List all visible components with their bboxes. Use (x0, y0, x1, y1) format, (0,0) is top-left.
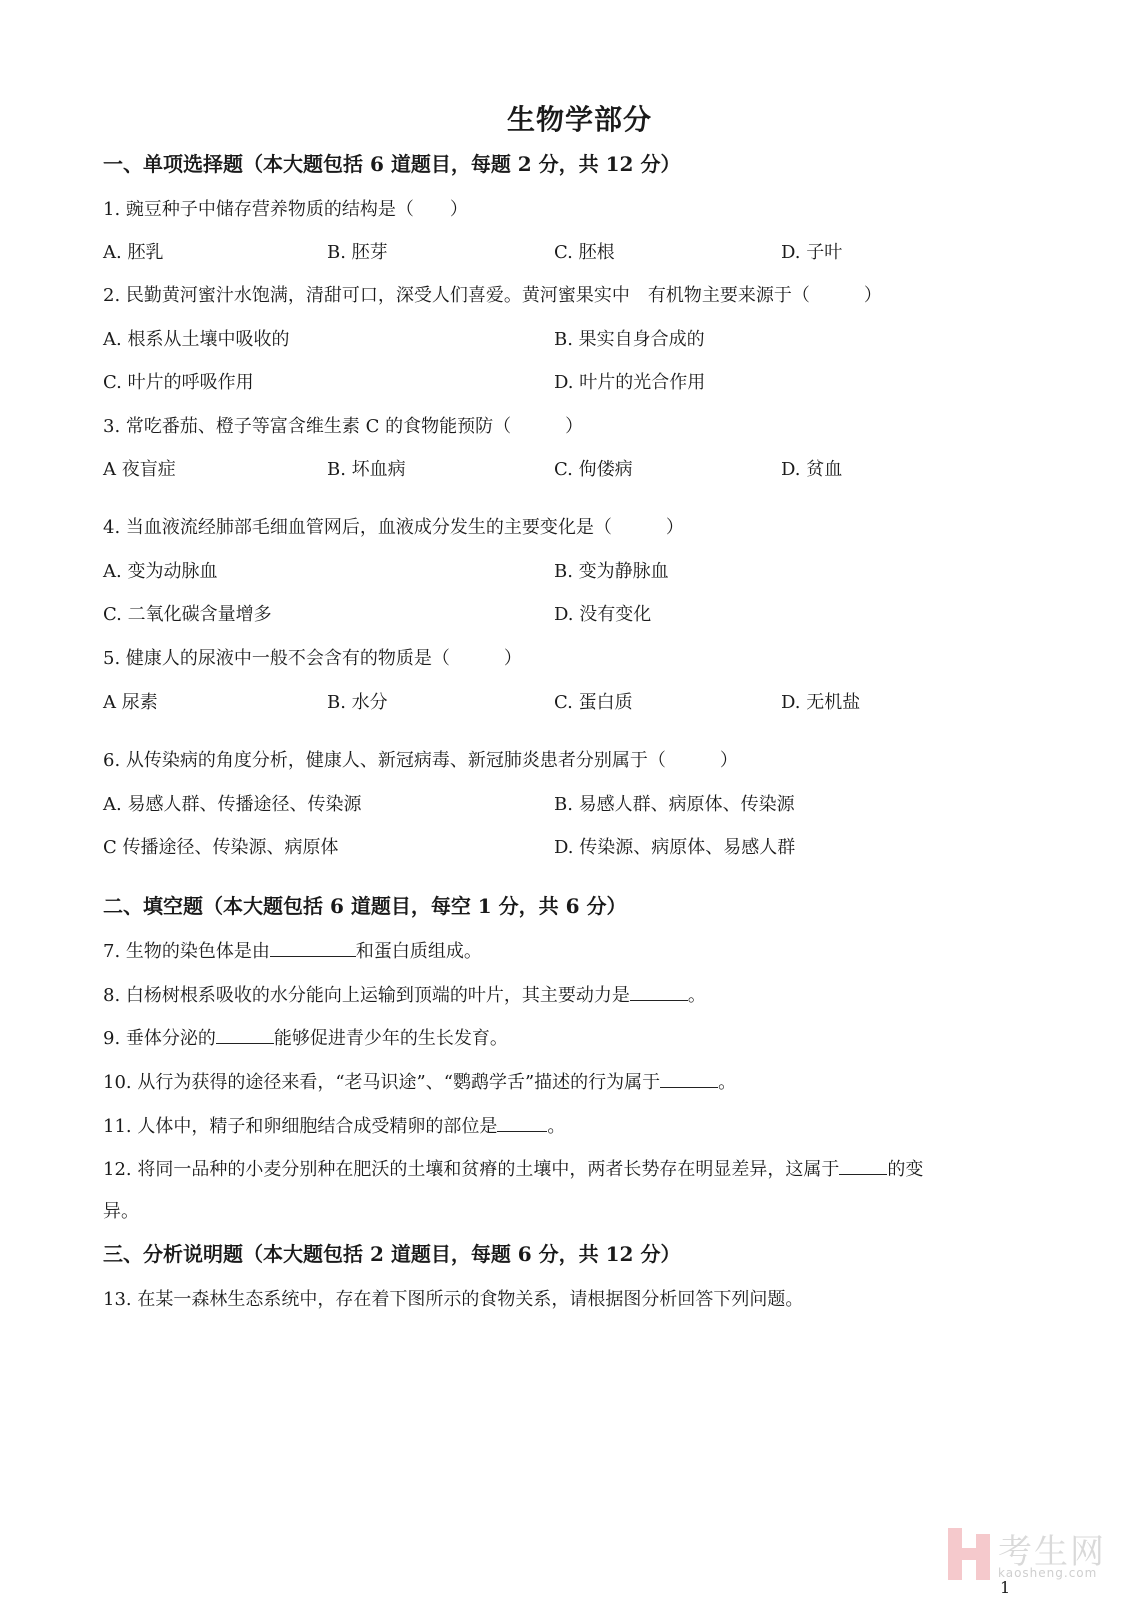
q3-option-d: D. 贫血 (781, 458, 842, 482)
section-heading-2: 二、填空题（本大题包括 6 道题目，每空 1 分，共 6 分） (103, 894, 627, 918)
q4-option-b: B. 变为静脉血 (554, 560, 669, 584)
section-heading-1: 一、单项选择题（本大题包括 6 道题目，每题 2 分，共 12 分） (103, 152, 680, 176)
q5-option-c: C. 蛋白质 (554, 691, 633, 715)
kaosheng-logo-icon (948, 1528, 992, 1580)
question-5-stem: 5. 健康人的尿液中一般不会含有的物质是（ ） (103, 647, 522, 671)
q6-option-b: B. 易感人群、病原体、传染源 (554, 793, 795, 817)
q9-text-after: 能够促进青少年的生长发育。 (274, 1028, 508, 1049)
q2-option-c: C. 叶片的呼吸作用 (103, 371, 254, 395)
q2-option-d: D. 叶片的光合作用 (554, 371, 705, 395)
q3-option-a: A 夜盲症 (103, 458, 176, 482)
q2-option-b: B. 果实自身合成的 (554, 328, 705, 352)
q12-text-after: 的变 (887, 1159, 923, 1180)
q2-option-a: A. 根系从土壤中吸收的 (103, 328, 289, 352)
exam-page: 生物学部分 一、单项选择题（本大题包括 6 道题目，每题 2 分，共 12 分）… (0, 0, 1131, 1600)
q8-answer-blank[interactable] (630, 982, 688, 1001)
fill-question-9: 9. 垂体分泌的能够促进青少年的生长发育。 (103, 1025, 508, 1051)
q12-text-before: 12. 将同一品种的小麦分别种在肥沃的土壤和贫瘠的土壤中，两者长势存在明显差异，… (103, 1159, 839, 1180)
fill-question-7: 7. 生物的染色体是由和蛋白质组成。 (103, 938, 482, 964)
question-6-stem: 6. 从传染病的角度分析，健康人、新冠病毒、新冠肺炎患者分别属于（ ） (103, 749, 738, 773)
q1-option-a: A. 胚乳 (103, 241, 163, 265)
fill-question-12: 12. 将同一品种的小麦分别种在肥沃的土壤和贫瘠的土壤中，两者长势存在明显差异，… (103, 1156, 923, 1182)
q6-option-a: A. 易感人群、传播途径、传染源 (103, 793, 361, 817)
q11-text-before: 11. 人体中，精子和卵细胞结合成受精卵的部位是 (103, 1116, 497, 1137)
q8-text-after: 。 (688, 985, 706, 1006)
q7-text-before: 7. 生物的染色体是由 (103, 941, 270, 962)
section-heading-3: 三、分析说明题（本大题包括 2 道题目，每题 6 分，共 12 分） (103, 1242, 680, 1266)
question-1-stem: 1. 豌豆种子中储存营养物质的结构是（ ） (103, 198, 468, 222)
q4-option-c: C. 二氧化碳含量增多 (103, 603, 272, 627)
q4-option-d: D. 没有变化 (554, 603, 651, 627)
q11-text-after: 。 (547, 1116, 565, 1137)
q3-option-b: B. 坏血病 (327, 458, 406, 482)
kaosheng-watermark: 考生网 kaosheng.com (948, 1524, 1118, 1584)
q5-option-a: A 尿素 (103, 691, 158, 715)
q11-answer-blank[interactable] (497, 1113, 547, 1132)
q12-answer-blank[interactable] (839, 1156, 887, 1175)
q10-text-before: 10. 从行为获得的途径来看，“老马识途”、“鹦鹉学舌”描述的行为属于 (103, 1072, 660, 1093)
watermark-url: kaosheng.com (998, 1566, 1097, 1580)
fill-question-11: 11. 人体中，精子和卵细胞结合成受精卵的部位是。 (103, 1113, 565, 1139)
page-title-text: 生物学部分 (507, 103, 652, 136)
question-2-stem: 2. 民勤黄河蜜汁水饱满，清甜可口，深受人们喜爱。黄河蜜果实中 有机物主要来源于… (103, 284, 882, 308)
q7-answer-blank[interactable] (270, 938, 356, 957)
q1-option-c: C. 胚根 (554, 241, 615, 265)
q6-option-c: C 传播途径、传染源、病原体 (103, 836, 339, 860)
fill-question-10: 10. 从行为获得的途径来看，“老马识途”、“鹦鹉学舌”描述的行为属于。 (103, 1069, 736, 1095)
q9-text-before: 9. 垂体分泌的 (103, 1028, 216, 1049)
q8-text-before: 8. 白杨树根系吸收的水分能向上运输到顶端的叶片，其主要动力是 (103, 985, 630, 1006)
page-number: 1 (1000, 1578, 1010, 1597)
q9-answer-blank[interactable] (216, 1025, 274, 1044)
fill-question-12-continued: 异。 (103, 1200, 139, 1224)
page-title: 生物学部分 (0, 98, 1131, 138)
q10-text-after: 。 (718, 1072, 736, 1093)
q1-option-d: D. 子叶 (781, 241, 842, 265)
q4-option-a: A. 变为动脉血 (103, 560, 217, 584)
q7-text-after: 和蛋白质组成。 (356, 941, 482, 962)
question-4-stem: 4. 当血液流经肺部毛细血管网后，血液成分发生的主要变化是（ ） (103, 516, 684, 540)
question-13-stem: 13. 在某一森林生态系统中，存在着下图所示的食物关系，请根据图分析回答下列问题… (103, 1288, 803, 1312)
q5-option-d: D. 无机盐 (781, 691, 860, 715)
q3-option-c: C. 佝偻病 (554, 458, 633, 482)
question-3-stem: 3. 常吃番茄、橙子等富含维生素 C 的食物能预防（ ） (103, 415, 583, 439)
q1-option-b: B. 胚芽 (327, 241, 388, 265)
fill-question-8: 8. 白杨树根系吸收的水分能向上运输到顶端的叶片，其主要动力是。 (103, 982, 706, 1008)
q5-option-b: B. 水分 (327, 691, 388, 715)
q10-answer-blank[interactable] (660, 1069, 718, 1088)
q6-option-d: D. 传染源、病原体、易感人群 (554, 836, 795, 860)
